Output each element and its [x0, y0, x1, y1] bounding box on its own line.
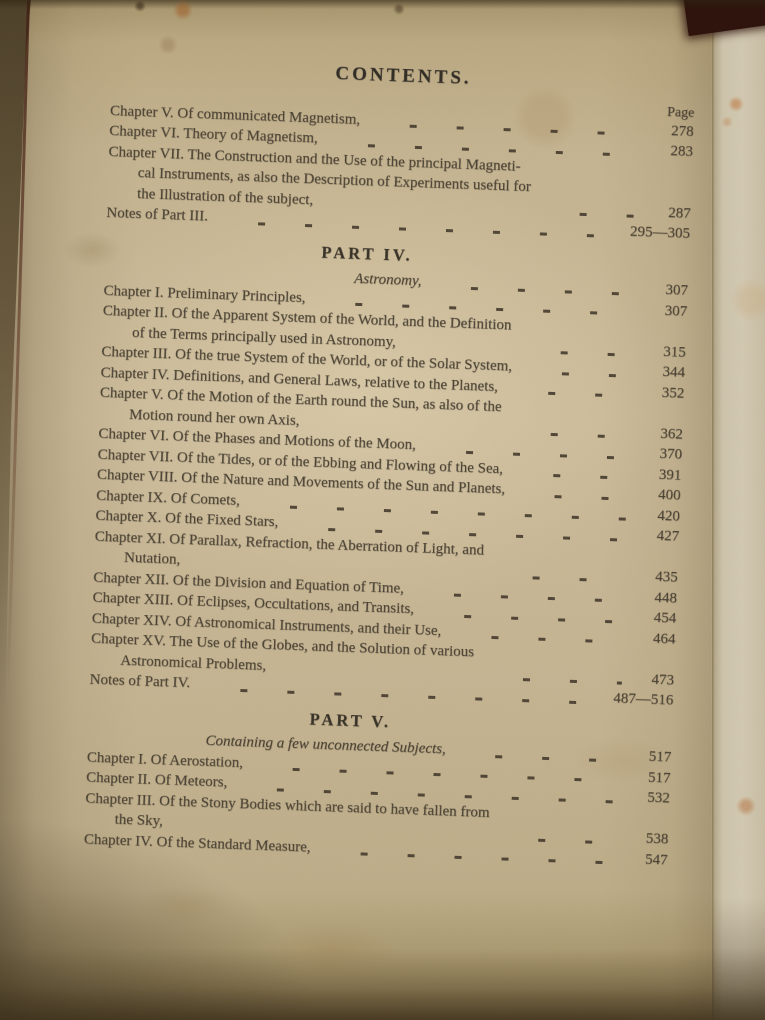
toc-entry-page-number: 473 — [630, 668, 675, 690]
toc-section: Chapter V. Of communicated Magnetism,278… — [106, 100, 694, 244]
dash-leader — [522, 371, 633, 378]
toc-entry-label: Notes of Part III. — [106, 203, 208, 227]
section-subtitle-page-number: 307 — [644, 279, 689, 301]
toc-entry-page-number: 362 — [638, 423, 683, 445]
toc-entry-page-number: 427 — [635, 525, 680, 547]
section-subtitle-page-number: 517 — [627, 746, 672, 768]
toc-entry-page-number: 315 — [641, 341, 686, 363]
section-subtitle-label: Astronomy, — [354, 269, 422, 292]
toc-entry-page-number: 400 — [636, 484, 681, 506]
dash-leader — [520, 350, 633, 357]
toc-section: PART V.Containing a few unconnected Subj… — [84, 701, 673, 870]
toc-entry-page-number: 420 — [636, 505, 681, 527]
dash-leader — [499, 837, 617, 844]
toc-entry-page-number: 532 — [625, 787, 670, 809]
toc-entry-page-number: 448 — [633, 586, 678, 608]
contents-page: CONTENTS. Page Chapter V. Of communicate… — [84, 56, 696, 870]
dash-leader — [515, 494, 629, 501]
book-page-photo: CONTENTS. Page Chapter V. Of communicate… — [0, 0, 765, 1020]
dash-leader — [218, 221, 622, 238]
dash-leader — [511, 432, 631, 439]
toc-entry-page-number: 370 — [638, 443, 683, 465]
toc-sections: Chapter V. Of communicated Magnetism,278… — [84, 100, 694, 870]
toc-entry-page-number: 295—305 — [630, 222, 691, 245]
toc-entry-page-number: 352 — [640, 382, 685, 404]
toc-entry-page-number: 283 — [649, 140, 694, 162]
dash-leader — [540, 212, 639, 218]
toc-entry-page-number: 391 — [637, 464, 682, 486]
toc-entry-page-number: 454 — [632, 607, 677, 629]
toc-entry-page-number: 487—516 — [613, 688, 674, 711]
part-heading: PART V. — [88, 701, 612, 740]
toc-entry-page-number: 538 — [624, 828, 669, 850]
toc-entry-page-number: 464 — [631, 627, 676, 649]
part-heading: PART IV. — [105, 234, 629, 273]
dash-leader — [508, 391, 632, 398]
dash-leader — [200, 687, 605, 704]
toc-entry-page-number: 307 — [643, 300, 688, 322]
toc-entry-page-number: 517 — [626, 766, 671, 788]
toc-entry-page-number: 344 — [641, 361, 686, 383]
toc-entry-page-number: 278 — [649, 120, 694, 142]
toc-entry-page-number: 435 — [633, 566, 678, 588]
toc-entry-page-number: 287 — [646, 202, 691, 224]
toc-section: PART IV.Astronomy,307Chapter I. Prelimin… — [89, 234, 689, 711]
toc-entry-page-number: 547 — [623, 848, 668, 870]
toc-entry-label: Notes of Part IV. — [89, 670, 190, 694]
dash-leader — [513, 473, 630, 480]
dash-leader — [493, 575, 626, 582]
